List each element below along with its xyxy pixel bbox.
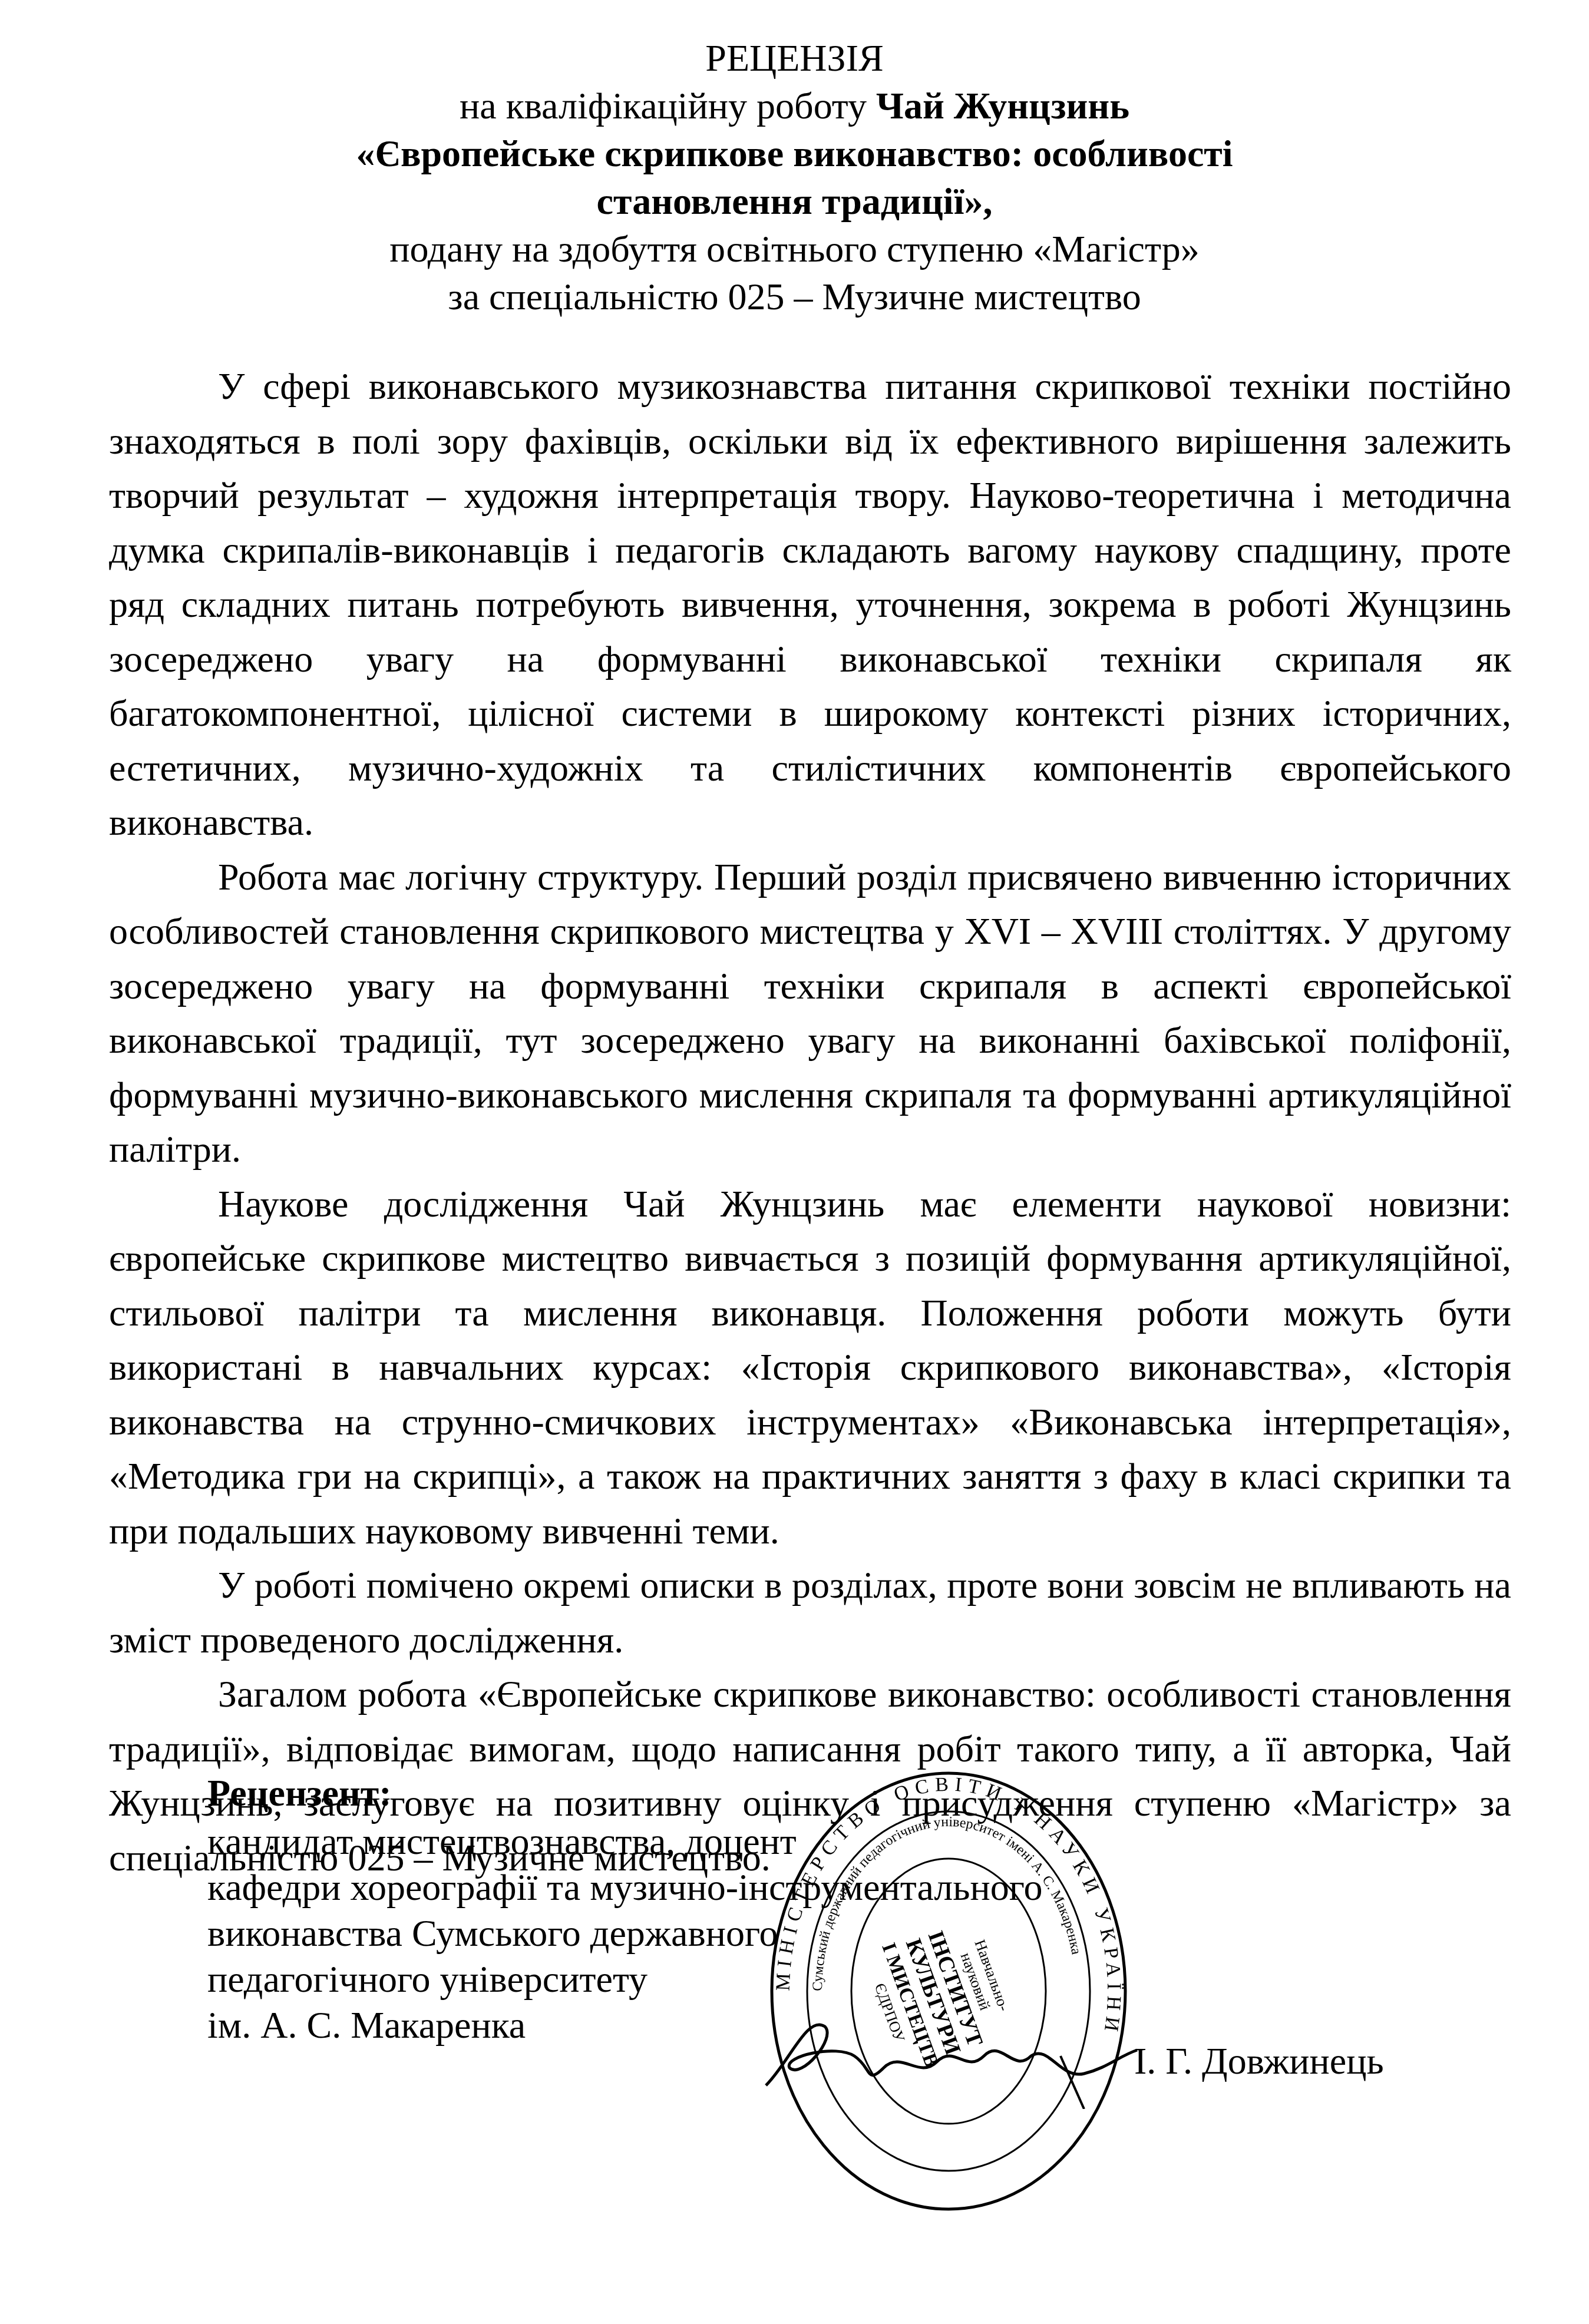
degree-line: подану на здобуття освітнього ступеню «М… (0, 225, 1589, 273)
paragraph: Робота має логічну структуру. Перший роз… (109, 850, 1511, 1177)
document-header: РЕЦЕНЗІЯ на кваліфікаційну роботу Чай Жу… (0, 34, 1589, 320)
reviewer-name: І. Г. Довжинець (1134, 2038, 1384, 2084)
subtitle-prefix: на кваліфікаційну роботу (460, 85, 876, 127)
signature-icon (754, 1991, 1143, 2109)
paragraph: У роботі помічено окремі описки в розділ… (109, 1558, 1511, 1667)
author-name: Чай Жунцзинь (876, 85, 1129, 127)
subtitle-line: на кваліфікаційну роботу Чай Жунцзинь (0, 82, 1589, 130)
paragraph: У сфері виконавського музикознавства пит… (109, 359, 1511, 850)
work-title-line-1: «Європейське скрипкове виконавство: особ… (0, 130, 1589, 177)
work-title-line-2: становлення традиції», (0, 177, 1589, 225)
review-body: У сфері виконавського музикознавства пит… (109, 359, 1511, 1885)
specialty-line: за спеціальністю 025 – Музичне мистецтво (0, 273, 1589, 320)
paragraph: Наукове дослідження Чай Жунцзинь має еле… (109, 1177, 1511, 1559)
document-title: РЕЦЕНЗІЯ (0, 34, 1589, 82)
